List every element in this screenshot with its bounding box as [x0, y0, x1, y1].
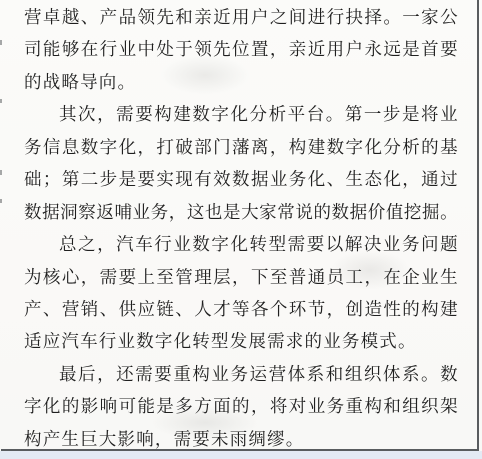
scan-speck — [0, 199, 2, 203]
scanned-document-page: { "document": { "language": "zh-CN", "co… — [0, 0, 482, 459]
text-line: 务信息数字化，打破部门藩离，构建数字化分析的基 — [24, 131, 458, 163]
text-line: 其次，需要构建数字化分析平台。第一步是将业 — [24, 98, 458, 130]
text-line: 础；第二步是要实现有效数据业务化、生态化，通过 — [24, 163, 458, 195]
text-line: 为核心，需要上至管理层，下至普通员工，在企业生 — [24, 261, 458, 293]
text-line: 的战略导向。 — [24, 66, 458, 98]
page-edge-line-right — [477, 0, 479, 451]
text-line: 产、营销、供应链、人才等各个环节，创造性的构建 — [24, 293, 458, 325]
scan-footer-strip — [0, 451, 482, 459]
scan-speck — [0, 170, 2, 175]
page-text-block: 营卓越、产品领先和亲近用户之间进行抉择。一家公 司能够在行业中处于领先位置，亲近… — [24, 1, 458, 455]
text-line: 总之，汽车行业数字化转型需要以解决业务问题 — [24, 228, 458, 260]
text-line: 最后，还需要重构业务运营体系和组织体系。数 — [24, 358, 458, 390]
scan-speck — [0, 40, 2, 45]
scan-speck — [0, 99, 2, 103]
text-line: 适应汽车行业数字化转型发展需求的业务模式。 — [24, 325, 458, 357]
text-line: 司能够在行业中处于领先位置，亲近用户永远是首要 — [24, 33, 458, 65]
text-line: 字化的影响可能是多方面的，将对业务重构和组织架 — [24, 390, 458, 422]
text-line: 数据洞察返哺业务，这也是大家常说的数据价值挖掘。 — [24, 196, 458, 228]
text-line: 营卓越、产品领先和亲近用户之间进行抉择。一家公 — [24, 1, 458, 33]
